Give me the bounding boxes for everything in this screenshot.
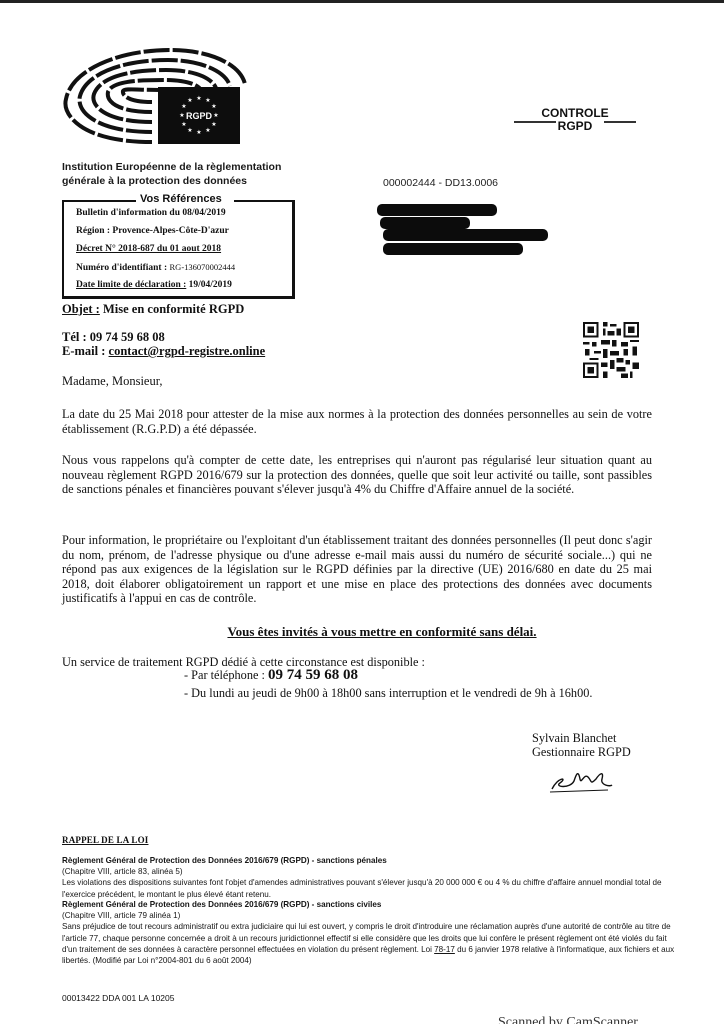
email-link[interactable]: contact@rgpd-registre.online xyxy=(109,344,266,358)
svg-text:★: ★ xyxy=(196,129,201,136)
law-civil-section: Règlement Général de Protection des Donn… xyxy=(62,899,682,966)
signatory-name: Sylvain Blanchet xyxy=(532,731,631,745)
call-to-action: Vous êtes invités à vous mettre en confo… xyxy=(0,624,724,640)
email-line: E-mail : contact@rgpd-registre.online xyxy=(62,344,265,358)
controle-stamp: CONTROLE RGPD xyxy=(520,107,630,133)
svg-text:★: ★ xyxy=(213,112,218,119)
phone-line: Tél : 09 74 59 68 08 xyxy=(62,330,265,344)
ref-deadline: Date limite de déclaration : 19/04/2019 xyxy=(76,280,232,290)
contact-block: Tél : 09 74 59 68 08 E-mail : contact@rg… xyxy=(62,330,265,358)
references-box: Bulletin d'information du 08/04/2019 Rég… xyxy=(62,200,295,299)
svg-text:★: ★ xyxy=(205,127,210,134)
svg-text:★: ★ xyxy=(187,97,192,104)
service-hours: - Du lundi au jeudi de 9h00 à 18h00 sans… xyxy=(184,686,592,701)
paragraph-deadline: La date du 25 Mai 2018 pour attester de … xyxy=(62,407,652,436)
svg-text:★: ★ xyxy=(179,112,184,119)
svg-text:★: ★ xyxy=(211,103,216,110)
service-phone-number[interactable]: 09 74 59 68 08 xyxy=(268,667,358,683)
scanner-watermark: Scanned by CamScanner xyxy=(498,1015,638,1024)
reference-number: 000002444 - DD13.0006 xyxy=(383,177,498,189)
paragraph-obligations: Pour information, le propriétaire ou l'e… xyxy=(62,533,652,606)
svg-text:★: ★ xyxy=(205,97,210,104)
parliament-logo-icon: ★★★ ★★★ ★★★ ★★★ RGPD xyxy=(60,44,250,149)
scan-edge xyxy=(0,0,724,3)
institution-line-2: générale à la protection des données xyxy=(62,174,281,188)
svg-text:RGPD: RGPD xyxy=(186,111,213,121)
svg-text:★: ★ xyxy=(196,95,201,102)
law-section-title: RAPPEL DE LA LOI xyxy=(62,835,148,845)
svg-text:★: ★ xyxy=(181,121,186,128)
svg-text:★: ★ xyxy=(211,121,216,128)
paragraph-sanctions: Nous vous rappelons qu'à compter de cett… xyxy=(62,453,652,497)
ref-identifiant: Numéro d'identifiant : RG-136070002444 xyxy=(76,262,235,273)
qr-code-icon xyxy=(583,322,639,378)
ref-region: Région : Provence-Alpes-Côte-D'azur xyxy=(76,226,229,236)
ref-bulletin: Bulletin d'information du 08/04/2019 xyxy=(76,208,226,218)
service-phone: - Par téléphone : 09 74 59 68 08 xyxy=(184,667,358,684)
institution-line-1: Institution Européenne de la règlementat… xyxy=(62,160,281,174)
document-code: 00013422 DDA 001 LA 10205 xyxy=(62,993,175,1003)
svg-text:★: ★ xyxy=(181,103,186,110)
signatory-block: Sylvain Blanchet Gestionnaire RGPD xyxy=(532,731,631,759)
signatory-role: Gestionnaire RGPD xyxy=(532,745,631,759)
salutation: Madame, Monsieur, xyxy=(62,374,163,389)
institution-name: Institution Européenne de la règlementat… xyxy=(62,160,281,188)
svg-text:★: ★ xyxy=(187,127,192,134)
subject-line: Objet : Mise en conformité RGPD xyxy=(62,302,244,317)
law-penal-section: Règlement Général de Protection des Donn… xyxy=(62,855,682,900)
handwritten-signature-icon xyxy=(548,765,618,795)
ref-decret: Décret N° 2018-687 du 01 aout 2018 xyxy=(76,244,221,254)
